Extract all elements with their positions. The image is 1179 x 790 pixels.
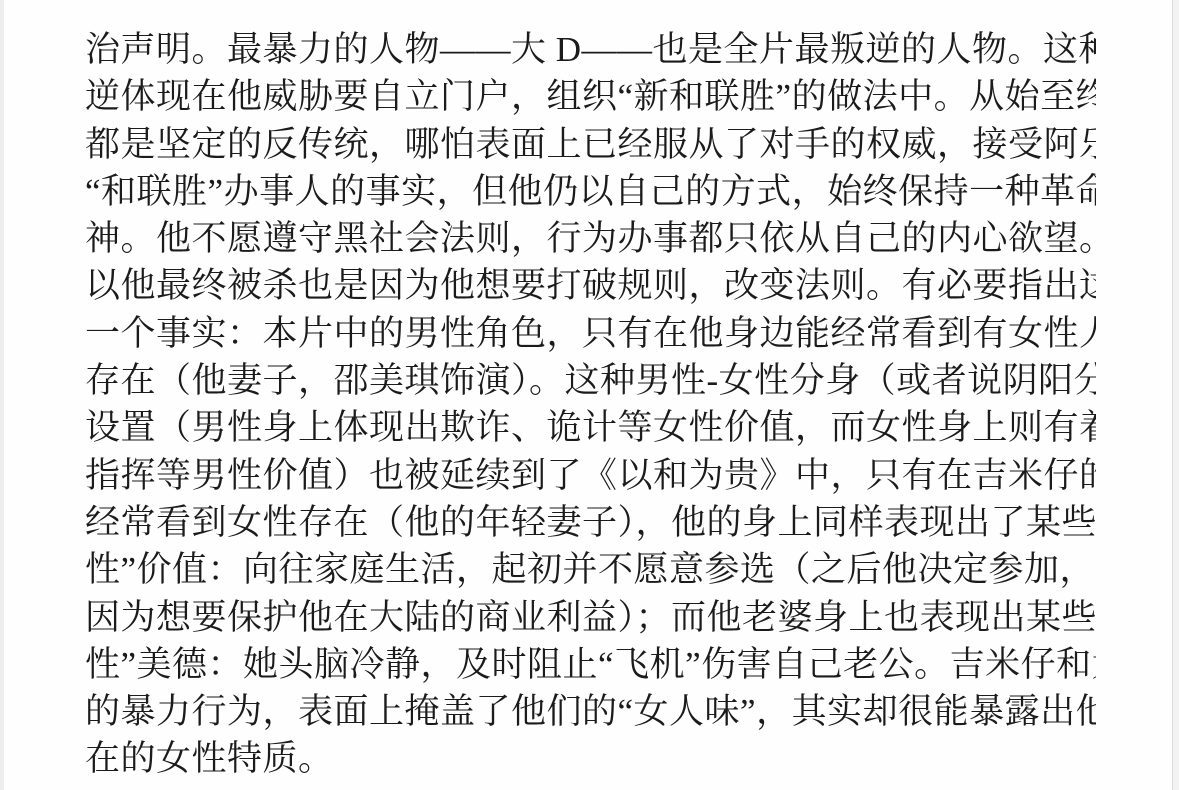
text-line: 以他最终被杀也是因为他想要打破规则，改变法则。有必要指出这样 bbox=[85, 262, 1096, 309]
page-right-edge bbox=[1172, 0, 1179, 790]
text-line: 逆体现在他威胁要自立门户，组织“新和联胜”的做法中。从始至终，他 bbox=[85, 73, 1096, 120]
text-line: 都是坚定的反传统，哪怕表面上已经服从了对手的权威，接受阿乐担任 bbox=[85, 121, 1096, 168]
text-line: 一个事实：本片中的男性角色，只有在他身边能经常看到有女性人物 bbox=[85, 310, 1096, 357]
text-line: 性”美德：她头脑冷静，及时阻止“飞机”伤害自己老公。吉米仔和大 D bbox=[85, 641, 1096, 688]
text-line: 设置（男性身上体现出欺诈、诡计等女性价值，而女性身上则有着权威、 bbox=[85, 404, 1096, 451]
text-line: 性”价值：向往家庭生活，起初并不愿意参选（之后他决定参加，也只是 bbox=[85, 546, 1096, 593]
text-line: 神。他不愿遵守黑社会法则，行为办事都只依从自己的内心欲望。所 bbox=[85, 215, 1096, 262]
text-line: 因为想要保护他在大陆的商业利益）；而他老婆身上也表现出某些“男 bbox=[85, 594, 1096, 641]
page-left-edge bbox=[0, 0, 4, 790]
text-line: 存在（他妻子，邵美琪饰演）。这种男性-女性分身（或者说阴阳分身）的 bbox=[85, 357, 1096, 404]
text-line: “和联胜”办事人的事实，但他仍以自己的方式，始终保持一种革命精 bbox=[85, 168, 1096, 215]
text-line: 在的女性特质。 bbox=[85, 735, 1096, 782]
text-line: 指挥等男性价值）也被延续到了《以和为贵》中，只有在吉米仔的身边能 bbox=[85, 452, 1096, 499]
text-column: 治声明。最暴力的人物——大 D——也是全片最叛逆的人物。这种叛 逆体现在他威胁要… bbox=[85, 26, 1096, 783]
scanned-book-page: 治声明。最暴力的人物——大 D——也是全片最叛逆的人物。这种叛 逆体现在他威胁要… bbox=[0, 0, 1179, 790]
text-line: 经常看到女性存在（他的年轻妻子），他的身上同样表现出了某些“女 bbox=[85, 499, 1096, 546]
text-line: 治声明。最暴力的人物——大 D——也是全片最叛逆的人物。这种叛 bbox=[85, 26, 1096, 73]
text-line: 的暴力行为，表面上掩盖了他们的“女人味”，其实却很能暴露出他们内 bbox=[85, 688, 1096, 735]
